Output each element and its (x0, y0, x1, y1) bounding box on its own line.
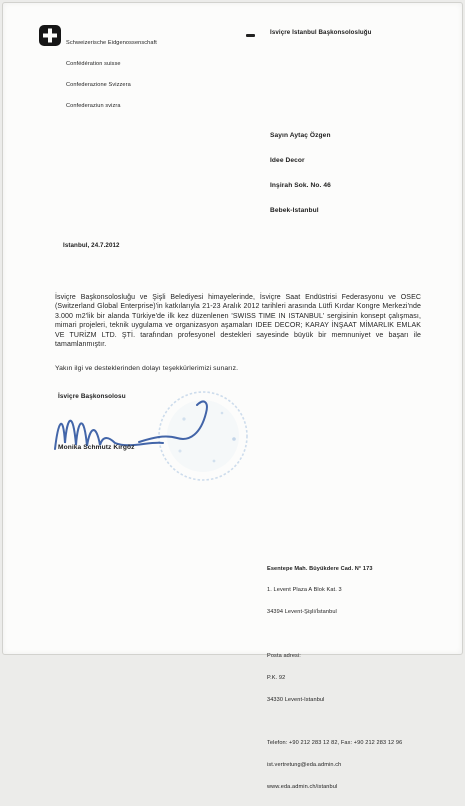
letter-closing-line: Yakın ilgi ve desteklerinden dolayı teşe… (55, 365, 238, 372)
letterhead-line: Confederaziun svizra (66, 103, 157, 110)
recipient-city: Bebek-Istanbul (270, 207, 331, 215)
recipient-name: Sayın Aytaç Özgen (270, 132, 331, 140)
date-line: Istanbul, 24.7.2012 (63, 242, 120, 249)
recipient-street: Inşirah Sok. No. 46 (270, 182, 331, 190)
letterhead-line: Confédération suisse (66, 61, 157, 68)
consulate-title: İsviçre İstanbul Başkonsolosluğu (270, 29, 372, 36)
letterhead-line: Confederazione Svizzera (66, 82, 157, 89)
letterhead-line: Schweizerische Eidgenossenschaft (66, 40, 157, 47)
letterhead-confederation-names: Schweizerische Eidgenossenschaft Confédé… (66, 26, 157, 124)
footer-contact-block: Esentepe Mah. Büyükdere Cad. N° 173 1. L… (267, 551, 402, 657)
recipient-company: Idee Decor (270, 157, 331, 165)
footer-street-address: Esentepe Mah. Büyükdere Cad. N° 173 (267, 566, 402, 573)
letter-body-paragraph: İsviçre Başkonsolosluğu ve Şişli Belediy… (55, 293, 421, 349)
footer-postal-label: Posta adresi: (267, 653, 402, 657)
footer-district: 34394 Levent-Şişli/İstanbul (267, 609, 402, 616)
recipient-address-block: Sayın Aytaç Özgen Idee Decor Inşirah Sok… (270, 115, 331, 233)
footer-building: 1. Levent Plaza A Blok Kat. 3 (267, 587, 402, 594)
signer-name: Monika Schmutz Kırgöz (58, 444, 134, 451)
scanned-letter-page: Schweizerische Eidgenossenschaft Confédé… (2, 2, 463, 655)
swiss-cross-logo-icon (39, 25, 61, 46)
signature-handwriting (49, 399, 264, 461)
scan-artifact-mark (246, 34, 255, 37)
